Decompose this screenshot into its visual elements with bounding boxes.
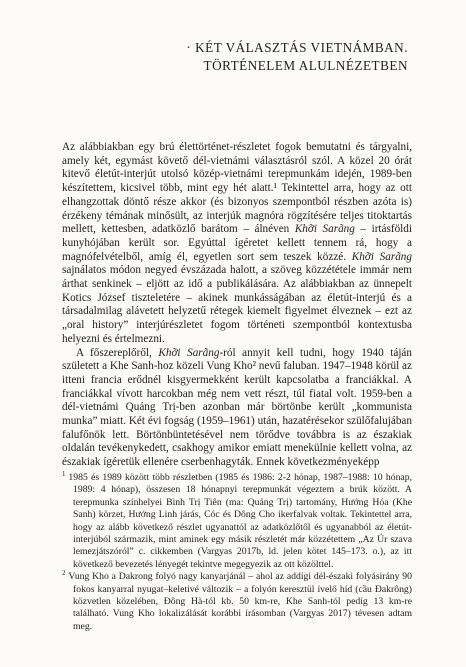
- footnote-2-text: Vung Kho a Dakrong folyó nagy kanyarjáná…: [68, 571, 412, 632]
- footnote-2-marker: 2: [62, 570, 65, 577]
- body-text: Az alábbiakban egy brú élettörténet-rész…: [62, 141, 412, 470]
- informant-pseudonym: Khỡi Sarãng: [158, 347, 219, 359]
- text-run: A főszereplőről,: [76, 347, 158, 359]
- informant-pseudonym: Khỡi Sarãng: [295, 223, 355, 235]
- chapter-title-line-2: TÖRTÉNELEM ALULNÉZETBEN: [60, 57, 408, 75]
- informant-pseudonym: Khỡi Sarãng: [352, 251, 412, 263]
- book-page: · KÉT VÁLASZTÁS VIETNÁMBAN. TÖRTÉNELEM A…: [0, 0, 466, 667]
- paragraph-intro: Az alábbiakban egy brú élettörténet-rész…: [62, 141, 412, 347]
- footnote-2: 2Vung Kho a Dakrong folyó nagy kanyarján…: [62, 571, 412, 633]
- text-run: Az alábbiakban egy brú élettörténet-rész…: [62, 141, 412, 235]
- text-run: -ról annyit kell tudni, hogy 1940 táján …: [62, 347, 412, 469]
- paragraph-biography: A főszereplőről, Khỡi Sarãng-ról annyit …: [62, 347, 412, 470]
- footnotes-block: 11985 és 1989 között több részletben (19…: [62, 472, 412, 633]
- chapter-title-line-1: · KÉT VÁLASZTÁS VIETNÁMBAN.: [60, 39, 408, 57]
- text-run: sajnálatos módon negyed évszázada halott…: [62, 264, 412, 345]
- footnote-1: 11985 és 1989 között több részletben (19…: [62, 472, 412, 571]
- chapter-title: · KÉT VÁLASZTÁS VIETNÁMBAN. TÖRTÉNELEM A…: [60, 39, 408, 74]
- footnote-1-marker: 1: [62, 471, 65, 478]
- footnote-1-text: 1985 és 1989 között több részletben (198…: [68, 472, 412, 570]
